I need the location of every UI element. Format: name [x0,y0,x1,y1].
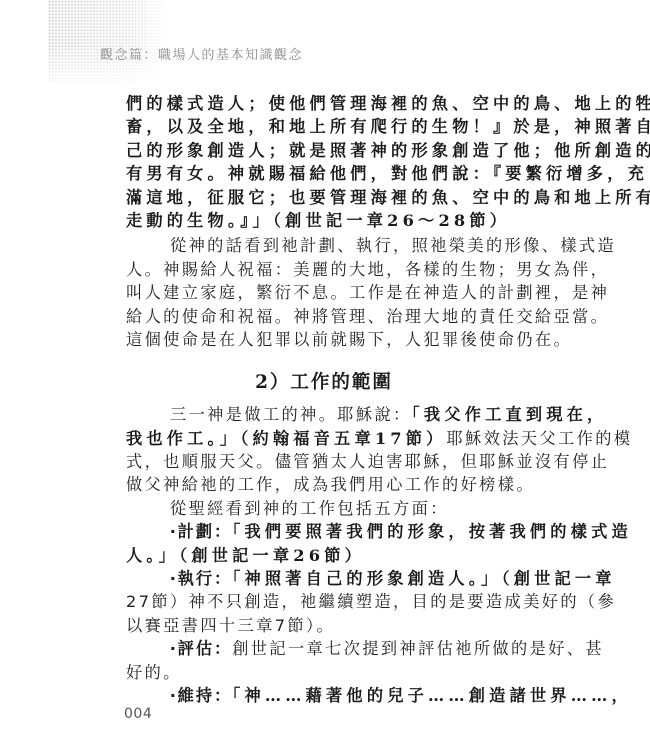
text-line: 做父神給祂的工作，成為我們用心工作的好榜樣。 [126,473,522,496]
scripture-quote-paragraph: 們的樣式造人；使他們管理海裡的魚、空中的鳥、地上的牲 畜，以及全地，和地上所有爬… [126,92,522,232]
text-line: 好的。 [126,661,522,684]
commentary-paragraph: 從神的話看到祂計劃、執行，照祂榮美的形像、樣式造 人。神賜給人祝福：美麗的大地，… [126,234,522,351]
section-intro-paragraph: 三一神是做工的神。耶穌說：「我父作工直到現在， 我也作工。」（約翰福音五章17節… [126,403,522,497]
bullet-text: 「神照著自己的形象創造人。」（創世記一章 [232,569,615,588]
bullet-label: ‧執行： [170,569,232,588]
text-line: ‧評估：創世記一章七次提到神評估祂所做的是好、甚 [126,637,522,660]
text-line: ‧維持：「神……藉著他的兒子……創造諸世界……， [126,684,522,707]
text-line: 從神的話看到祂計劃、執行，照祂榮美的形像、樣式造 [126,234,522,257]
intro-text: 耶穌效法天父工作的模 [447,429,633,448]
bullet-text: 「神……藉著他的兒子……創造諸世界……， [232,686,632,705]
jesus-quote: 「我父作工直到現在， [412,405,608,424]
bullet-execute: ‧執行：「神照著自己的形象創造人。」（創世記一章 27節）神不只創造，祂繼續塑造… [126,567,522,637]
text-line: 走動的生物。』」（創世記一章26～28節） [126,209,522,232]
text-line: 我也作工。」（約翰福音五章17節）耶穌效法天父工作的模 [126,427,522,450]
text-line: 式，也順服天父。儘管猶太人迫害耶穌，但耶穌並沒有停止 [126,450,522,473]
bullet-plan: ‧計劃：「我們要照著我們的形象，按著我們的樣式造 人。」（創世記一章26節） [126,520,522,567]
text-line: 給人的使命和祝福。神將管理、治理大地的責任交給亞當。 [126,305,522,328]
text-line: 人。」（創世記一章26節） [126,544,522,567]
text-line: ‧計劃：「我們要照著我們的形象，按著我們的樣式造 [126,520,522,543]
text-line: 三一神是做工的神。耶穌說：「我父作工直到現在， [126,403,522,426]
text-line: 己的形象創造人；就是照著神的形象創造了他；他所創造的 [126,139,522,162]
text-line: 這個使命是在人犯罪以前就賜下，人犯罪後使命仍在。 [126,328,522,351]
text-line: 滿這地，征服它；也要管理海裡的魚、空中的鳥和地上所有 [126,186,522,209]
bullet-label: ‧計劃： [170,522,232,541]
jesus-quote: 我也作工。」（約翰福音五章17節） [126,429,447,448]
running-head: 觀念篇：職場人的基本知識觀念 [100,44,303,63]
text-line: 人。神賜給人祝福：美麗的大地，各樣的生物；男女為伴， [126,258,522,281]
list-intro: 從聖經看到神的工作包括五方面： [126,497,522,520]
text-line: ‧執行：「神照著自己的形象創造人。」（創世記一章 [126,567,522,590]
page-body: 們的樣式造人；使他們管理海裡的魚、空中的鳥、地上的牲 畜，以及全地，和地上所有爬… [126,92,522,707]
bullet-text: 創世記一章七次提到神評估祂所做的是好、甚 [232,639,604,658]
text-line: 叫人建立家庭，繁衍不息。工作是在神造人的計劃裡，是神 [126,281,522,304]
bullet-maintain: ‧維持：「神……藉著他的兒子……創造諸世界……， [126,684,522,707]
bullet-list: ‧計劃：「我們要照著我們的形象，按著我們的樣式造 人。」（創世記一章26節） ‧… [126,520,522,707]
text-line: 有男有女。神就賜福給他們，對他們說：『要繁衍增多，充 [126,162,522,185]
decorative-dot-pattern [48,0,168,82]
section-heading: 2）工作的範圍 [126,363,522,403]
bullet-text: 「我們要照著我們的形象，按著我們的樣式造 [232,522,632,541]
bullet-evaluate: ‧評估：創世記一章七次提到神評估祂所做的是好、甚 好的。 [126,637,522,684]
text-line: 畜，以及全地，和地上所有爬行的生物！』於是，神照著自 [126,115,522,138]
intro-text: 三一神是做工的神。耶穌說： [170,405,412,424]
bullet-label: ‧維持： [170,686,232,705]
bullet-label: ‧評估： [170,639,232,658]
text-line: 以賽亞書四十三章7節）。 [126,614,522,637]
text-line: 27節）神不只創造，祂繼續塑造，目的是要造成美好的（參 [126,590,522,613]
text-line: 們的樣式造人；使他們管理海裡的魚、空中的鳥、地上的牲 [126,92,522,115]
page-number: 004 [124,706,152,722]
